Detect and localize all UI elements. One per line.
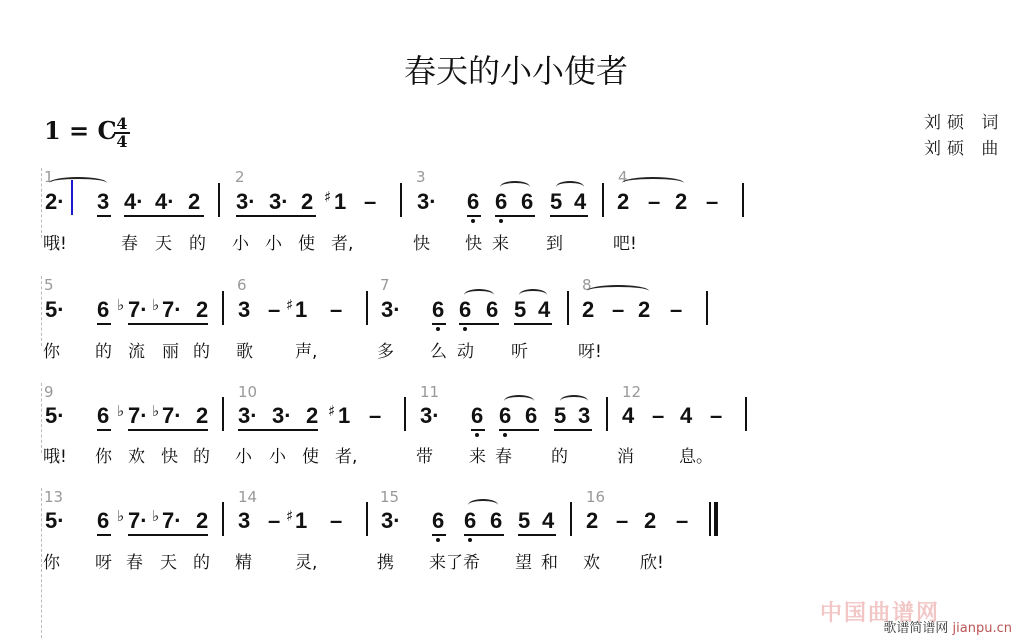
note: 7· <box>128 510 148 532</box>
sharp-icon: ♯ <box>328 402 335 420</box>
lyric: 和 <box>541 548 558 573</box>
note: 2 <box>675 191 687 213</box>
note: – <box>369 405 381 427</box>
eighth-underline <box>124 215 204 217</box>
lyric: 你 <box>95 442 112 467</box>
lyricist-credit: 刘硕 词 <box>924 108 1004 133</box>
note: 4 <box>622 405 634 427</box>
note: 1 <box>295 510 307 532</box>
eighth-underline <box>236 215 316 217</box>
note: 5 <box>550 191 562 213</box>
note: 6 <box>499 405 511 427</box>
note: – <box>616 510 628 532</box>
eighth-underline <box>467 215 481 217</box>
lyric: 丽 <box>162 337 179 362</box>
composer-credit: 刘硕 曲 <box>924 134 1004 159</box>
barline <box>222 502 224 536</box>
note: 6 <box>459 299 471 321</box>
note: 5 <box>554 405 566 427</box>
low-octave-dot <box>475 433 479 437</box>
lyric: 的 <box>95 337 112 362</box>
barline <box>706 291 708 325</box>
lyric: 天 <box>160 548 177 573</box>
measure-number: 14 <box>238 488 257 506</box>
note: 1 <box>334 191 346 213</box>
lyric: 春 <box>126 548 143 573</box>
lyric: 使 <box>302 442 319 467</box>
note: – <box>268 299 280 321</box>
low-octave-dot <box>436 327 440 331</box>
note: 2 <box>188 191 200 213</box>
note: 3· <box>272 405 292 427</box>
flat-icon: ♭ <box>117 507 124 525</box>
note: 7· <box>162 299 182 321</box>
note: 6 <box>525 405 537 427</box>
lyric: 呀! <box>578 337 602 362</box>
eighth-underline <box>471 429 485 431</box>
note: 4 <box>538 299 550 321</box>
measure-number: 16 <box>586 488 605 506</box>
note: 6 <box>97 510 109 532</box>
note: 6 <box>490 510 502 532</box>
lyric: 的 <box>551 442 568 467</box>
key-signature: 1 = C <box>44 116 117 145</box>
slur <box>504 395 534 407</box>
eighth-underline <box>128 323 208 325</box>
line-guide <box>41 383 42 453</box>
flat-icon: ♭ <box>117 402 124 420</box>
lyric: 的 <box>193 337 210 362</box>
time-signature-top: 4 <box>114 116 130 132</box>
line-guide <box>41 488 42 638</box>
barline <box>222 397 224 431</box>
low-octave-dot <box>436 538 440 542</box>
barline <box>570 502 572 536</box>
note: 2 <box>306 405 318 427</box>
note: 3 <box>578 405 590 427</box>
watermark-text: 歌谱简谱网 <box>883 621 948 636</box>
score-title: 春天的小小使者 <box>0 46 1032 92</box>
lyric: 吧! <box>613 229 637 254</box>
lyric: 精 <box>235 548 252 573</box>
eighth-underline <box>464 534 504 536</box>
low-octave-dot <box>463 327 467 331</box>
note: 3· <box>269 191 289 213</box>
eighth-underline <box>97 215 111 217</box>
slur <box>560 395 588 407</box>
note: 7· <box>162 510 182 532</box>
lyric: 小 <box>235 442 252 467</box>
lyric: 息。 <box>679 442 713 467</box>
eighth-underline <box>459 323 499 325</box>
lyric: 望 <box>515 548 532 573</box>
note: 6 <box>471 405 483 427</box>
lyric: 快 <box>465 229 482 254</box>
slur <box>519 289 547 301</box>
measure-number: 12 <box>622 383 641 401</box>
note: 5 <box>518 510 530 532</box>
lyric: 小 <box>269 442 286 467</box>
measure-number: 6 <box>237 276 247 294</box>
note: 6 <box>464 510 476 532</box>
note: 2 <box>644 510 656 532</box>
barline <box>567 291 569 325</box>
note: 2 <box>617 191 629 213</box>
measure-number: 11 <box>420 383 439 401</box>
note: 1 <box>295 299 307 321</box>
measure-number: 7 <box>380 276 390 294</box>
note: – <box>710 405 722 427</box>
note: 2· <box>45 191 65 213</box>
note: – <box>268 510 280 532</box>
measure-number: 9 <box>44 383 54 401</box>
eighth-underline <box>97 323 111 325</box>
lyric: 来了希 <box>429 548 480 573</box>
barline <box>222 291 224 325</box>
text-cursor <box>71 180 73 215</box>
note: 4 <box>542 510 554 532</box>
flat-icon: ♭ <box>152 296 159 314</box>
lyric: 灵, <box>295 548 317 573</box>
note: 6 <box>97 405 109 427</box>
slur <box>500 181 530 193</box>
lyric: 欣! <box>640 548 664 573</box>
low-octave-dot <box>503 433 507 437</box>
lyric: 的 <box>193 442 210 467</box>
lyric: 听 <box>511 337 528 362</box>
low-octave-dot <box>468 538 472 542</box>
slur <box>622 177 684 189</box>
eighth-underline <box>495 215 535 217</box>
sharp-icon: ♯ <box>286 296 293 314</box>
eighth-underline <box>238 429 318 431</box>
lyric: 欢 <box>583 548 600 573</box>
watermark: 歌谱简谱网 jianpu.cn <box>883 617 1012 636</box>
note: 6 <box>432 510 444 532</box>
note: 2 <box>196 405 208 427</box>
note: – <box>706 191 718 213</box>
note: – <box>364 191 376 213</box>
note: 3 <box>238 510 250 532</box>
watermark-site: jianpu.cn <box>953 621 1012 636</box>
note: 3· <box>381 510 401 532</box>
note: 4 <box>680 405 692 427</box>
slur <box>49 177 107 189</box>
note: 6 <box>467 191 479 213</box>
eighth-underline <box>97 429 111 431</box>
barline <box>606 397 608 431</box>
note: 6 <box>486 299 498 321</box>
lyric: 哦! <box>43 229 67 254</box>
eighth-underline <box>432 323 446 325</box>
lyric: 携 <box>377 548 394 573</box>
barline <box>366 502 368 536</box>
sharp-icon: ♯ <box>324 188 331 206</box>
note: 6 <box>432 299 444 321</box>
eighth-underline <box>97 534 111 536</box>
note: 2 <box>301 191 313 213</box>
note: 6 <box>495 191 507 213</box>
lyric: 的 <box>193 548 210 573</box>
note: 4· <box>155 191 175 213</box>
line-guide <box>41 276 42 346</box>
lyric: 春 <box>495 442 512 467</box>
lyric: 春 <box>121 229 138 254</box>
note: 2 <box>196 510 208 532</box>
note: – <box>648 191 660 213</box>
note: 3 <box>238 299 250 321</box>
lyric: 快 <box>161 442 178 467</box>
eighth-underline <box>128 534 208 536</box>
eighth-underline <box>514 323 552 325</box>
lyric: 歌 <box>236 337 253 362</box>
slur <box>556 181 584 193</box>
lyric: 使 <box>298 229 315 254</box>
eighth-underline <box>554 429 592 431</box>
note: 1 <box>338 405 350 427</box>
measure-number: 2 <box>235 168 245 186</box>
note: – <box>652 405 664 427</box>
barline <box>404 397 406 431</box>
lyric: 你 <box>43 548 60 573</box>
lyric: 来 <box>492 229 509 254</box>
lyric: 小 <box>265 229 282 254</box>
note: 5 <box>514 299 526 321</box>
measure-number: 15 <box>380 488 399 506</box>
flat-icon: ♭ <box>117 296 124 314</box>
lyric: 的 <box>189 229 206 254</box>
flat-icon: ♭ <box>152 402 159 420</box>
note: 6 <box>97 299 109 321</box>
eighth-underline <box>432 534 446 536</box>
lyric: 欢 <box>128 442 145 467</box>
lyric: 者, <box>335 442 357 467</box>
note: – <box>330 510 342 532</box>
lyric: 声, <box>295 337 317 362</box>
lyric: 哦! <box>43 442 67 467</box>
note: 3· <box>420 405 440 427</box>
flat-icon: ♭ <box>152 507 159 525</box>
barline <box>218 183 220 217</box>
lyric: 天 <box>155 229 172 254</box>
final-barline <box>714 502 718 536</box>
eighth-underline <box>518 534 556 536</box>
note: 2 <box>586 510 598 532</box>
barline <box>366 291 368 325</box>
lyric: 到 <box>546 229 563 254</box>
slur <box>464 289 494 301</box>
note: – <box>612 299 624 321</box>
slur <box>587 285 649 297</box>
low-octave-dot <box>499 219 503 223</box>
barline <box>709 502 711 536</box>
measure-number: 5 <box>44 276 54 294</box>
note: 7· <box>128 405 148 427</box>
note: 5· <box>45 405 65 427</box>
note: 3· <box>238 405 258 427</box>
time-signature: 4 4 <box>114 116 130 150</box>
note: 2 <box>638 299 650 321</box>
note: 7· <box>128 299 148 321</box>
barline <box>602 183 604 217</box>
note: 5· <box>45 299 65 321</box>
barline <box>400 183 402 217</box>
line-guide <box>41 168 42 238</box>
note: 3· <box>417 191 437 213</box>
note: 3 <box>97 191 109 213</box>
lyric: 多 <box>377 337 394 362</box>
barline <box>745 397 747 431</box>
measure-number: 3 <box>416 168 426 186</box>
note: – <box>676 510 688 532</box>
note: – <box>670 299 682 321</box>
note: 3· <box>381 299 401 321</box>
sharp-icon: ♯ <box>286 507 293 525</box>
note: 7· <box>162 405 182 427</box>
lyric: 小 <box>232 229 249 254</box>
lyric: 呀 <box>95 548 112 573</box>
time-signature-bottom: 4 <box>114 134 130 150</box>
note: 4· <box>124 191 144 213</box>
low-octave-dot <box>471 219 475 223</box>
note: – <box>330 299 342 321</box>
slur <box>468 499 498 511</box>
note: 4 <box>574 191 586 213</box>
lyric: 消 <box>617 442 634 467</box>
eighth-underline <box>128 429 208 431</box>
barline <box>742 183 744 217</box>
note: 3· <box>236 191 256 213</box>
note: 6 <box>521 191 533 213</box>
lyric: 么 <box>430 337 447 362</box>
note: 2 <box>582 299 594 321</box>
note: 5· <box>45 510 65 532</box>
note: 2 <box>196 299 208 321</box>
measure-number: 10 <box>238 383 257 401</box>
lyric: 者, <box>331 229 353 254</box>
measure-number: 13 <box>44 488 63 506</box>
eighth-underline <box>499 429 539 431</box>
lyric: 来 <box>469 442 486 467</box>
lyric: 动 <box>457 337 474 362</box>
eighth-underline <box>550 215 588 217</box>
lyric: 流 <box>128 337 145 362</box>
lyric: 你 <box>43 337 60 362</box>
lyric: 带 <box>416 442 433 467</box>
lyric: 快 <box>413 229 430 254</box>
